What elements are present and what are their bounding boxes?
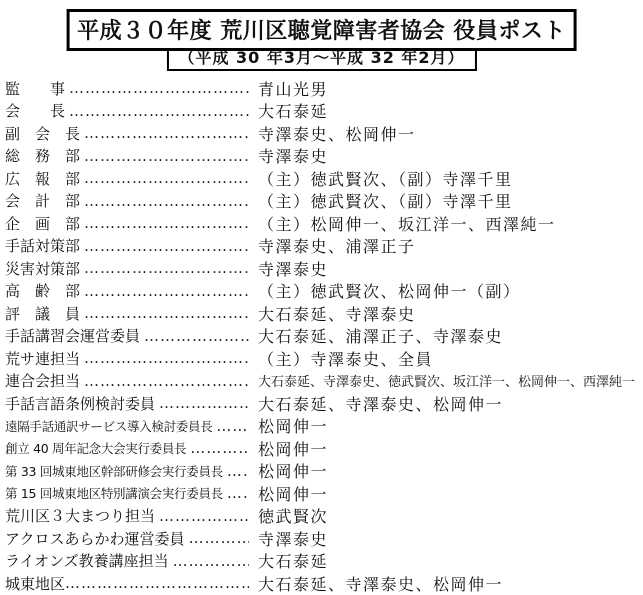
member-names: （主）徳武賢次、（副）寺澤千里 <box>249 167 513 190</box>
position-cell: 遠隔手話通訳サービス導入検討委員長 …………………………………………………………… <box>5 417 249 435</box>
member-names: 寺澤泰史、浦澤正子 <box>249 235 416 258</box>
position-label: 城東地区 <box>5 573 65 594</box>
dot-leader: …………………………………………………………………… <box>80 304 249 322</box>
position-cell: 高 齢 部 …………………………………………………………………… <box>5 280 249 301</box>
position-label: 手話言語条例検討委員 <box>5 393 155 414</box>
officer-row: アクロスあらかわ運営委員 …………………………………………………………………… … <box>5 527 641 550</box>
officer-row: 第 15 回城東地区特別講演会実行委員長 …………………………………………………… <box>5 482 641 505</box>
position-label: 第 33 回城東地区幹部研修会実行委員長 <box>5 462 223 480</box>
officer-row: 企 画 部 …………………………………………………………………… （主）松岡伸一… <box>5 212 641 235</box>
officer-row: ライオンズ教養講座担当 …………………………………………………………………… 大… <box>5 550 641 573</box>
officer-list: 監 事 …………………………………………………………………… 青山光男 会 長 … <box>5 77 641 595</box>
position-label: 荒川区３大まつり担当 <box>5 505 155 526</box>
position-cell: 災害対策部 …………………………………………………………………… <box>5 258 249 279</box>
position-label: ライオンズ教養講座担当 <box>5 550 169 571</box>
position-label: 企 画 部 <box>5 213 80 234</box>
position-cell: 荒川区３大まつり担当 …………………………………………………………………… <box>5 505 249 526</box>
member-names: （主）松岡伸一、坂江洋一、西澤純一 <box>249 212 556 235</box>
dot-leader: …………………………………………………………………… <box>80 192 249 210</box>
officer-row: 会 長 …………………………………………………………………… 大石泰延 <box>5 100 641 123</box>
position-cell: 監 事 …………………………………………………………………… <box>5 78 249 99</box>
officer-row: 会 計 部 …………………………………………………………………… （主）徳武賢次… <box>5 190 641 213</box>
dot-leader: …………………………………………………………………… <box>80 124 249 142</box>
officer-row: 災害対策部 …………………………………………………………………… 寺澤泰史 <box>5 257 641 280</box>
position-label: 連合会担当 <box>5 370 80 391</box>
officer-row: 手話言語条例検討委員 …………………………………………………………………… 大石… <box>5 392 641 415</box>
member-names: 大石泰延、寺澤泰史、徳武賢次、坂江洋一、松岡伸一、西澤純一 <box>249 371 635 390</box>
officer-row: 手話講習会運営委員 …………………………………………………………………… 大石泰… <box>5 325 641 348</box>
position-cell: 会 長 …………………………………………………………………… <box>5 100 249 121</box>
dot-leader: …………………………………………………………………… <box>80 214 249 232</box>
dot-leader: …………………………………………………………………… <box>65 574 249 592</box>
officer-row: 連合会担当 …………………………………………………………………… 大石泰延、寺澤… <box>5 370 641 393</box>
position-label: 第 15 回城東地区特別講演会実行委員長 <box>5 484 223 502</box>
dot-leader: …………………………………………………………………… <box>80 372 249 390</box>
dot-leader: …………………………………………………………………… <box>80 259 249 277</box>
member-names: 大石泰延、寺澤泰史、松岡伸一 <box>249 392 503 415</box>
member-names: （主）寺澤泰史、全員 <box>249 347 433 370</box>
position-label: 会 計 部 <box>5 190 80 211</box>
member-names: 松岡伸一 <box>249 415 328 438</box>
position-cell: 創立 40 周年記念大会実行委員長 …………………………………………………………… <box>5 439 249 457</box>
position-label: 災害対策部 <box>5 258 80 279</box>
member-names: 寺澤泰史 <box>249 145 328 168</box>
member-names: 松岡伸一 <box>249 437 328 460</box>
dot-leader: …………………………………………………………………… <box>155 394 249 412</box>
officer-row: 副 会 長 …………………………………………………………………… 寺澤泰史、松岡… <box>5 122 641 145</box>
position-cell: ライオンズ教養講座担当 …………………………………………………………………… <box>5 550 249 571</box>
position-cell: 第 33 回城東地区幹部研修会実行委員長 …………………………………………………… <box>5 462 249 480</box>
position-label: 広 報 部 <box>5 168 80 189</box>
position-cell: 評 議 員 …………………………………………………………………… <box>5 303 249 324</box>
position-cell: 総 務 部 …………………………………………………………………… <box>5 145 249 166</box>
officer-row: 監 事 …………………………………………………………………… 青山光男 <box>5 77 641 100</box>
dot-leader: …………………………………………………………………… <box>65 79 249 97</box>
member-names: 大石泰延 <box>249 100 328 123</box>
dot-leader: …………………………………………………………………… <box>80 147 249 165</box>
dot-leader: …………………………………………………………………… <box>223 462 249 480</box>
position-label: 遠隔手話通訳サービス導入検討委員長 <box>5 417 212 435</box>
position-cell: 会 計 部 …………………………………………………………………… <box>5 190 249 211</box>
member-names: 青山光男 <box>249 77 328 100</box>
officer-row: 創立 40 周年記念大会実行委員長 …………………………………………………………… <box>5 437 641 460</box>
position-cell: 企 画 部 …………………………………………………………………… <box>5 213 249 234</box>
dot-leader: …………………………………………………………………… <box>223 484 249 502</box>
member-names: 寺澤泰史 <box>249 527 328 550</box>
member-names: 大石泰延、浦澤正子、寺澤泰史 <box>249 325 503 348</box>
position-label: 荒サ連担当 <box>5 348 80 369</box>
position-cell: 第 15 回城東地区特別講演会実行委員長 …………………………………………………… <box>5 484 249 502</box>
member-names: 寺澤泰史 <box>249 257 328 280</box>
dot-leader: …………………………………………………………………… <box>155 507 249 525</box>
position-cell: 城東地区 …………………………………………………………………… <box>5 573 249 594</box>
position-label: 副 会 長 <box>5 123 80 144</box>
dot-leader: …………………………………………………………………… <box>140 327 249 345</box>
page-title: 平成３０年度 荒川区聴覚障害者協会 役員ポスト <box>66 9 577 51</box>
position-label: 高 齢 部 <box>5 280 80 301</box>
dot-leader: …………………………………………………………………… <box>80 169 249 187</box>
position-cell: アクロスあらかわ運営委員 …………………………………………………………………… <box>5 528 249 549</box>
position-cell: 荒サ連担当 …………………………………………………………………… <box>5 348 249 369</box>
officer-row: 荒サ連担当 …………………………………………………………………… （主）寺澤泰史… <box>5 347 641 370</box>
position-label: 手話講習会運営委員 <box>5 325 140 346</box>
officer-row: 遠隔手話通訳サービス導入検討委員長 …………………………………………………………… <box>5 415 641 438</box>
officer-row: 荒川区３大まつり担当 …………………………………………………………………… 徳武… <box>5 505 641 528</box>
member-names: 松岡伸一 <box>249 460 328 483</box>
dot-leader: …………………………………………………………………… <box>80 282 249 300</box>
officer-row: 高 齢 部 …………………………………………………………………… （主）徳武賢次… <box>5 280 641 303</box>
dot-leader: …………………………………………………………………… <box>80 349 249 367</box>
position-label: 総 務 部 <box>5 145 80 166</box>
dot-leader: …………………………………………………………………… <box>185 529 249 547</box>
officer-row: 第 33 回城東地区幹部研修会実行委員長 …………………………………………………… <box>5 460 641 483</box>
position-label: 創立 40 周年記念大会実行委員長 <box>5 439 186 457</box>
dot-leader: …………………………………………………………………… <box>65 102 249 120</box>
officer-row: 城東地区 …………………………………………………………………… 大石泰延、寺澤泰… <box>5 572 641 595</box>
position-label: 評 議 員 <box>5 303 80 324</box>
position-label: アクロスあらかわ運営委員 <box>5 528 185 549</box>
officer-row: 総 務 部 …………………………………………………………………… 寺澤泰史 <box>5 145 641 168</box>
member-names: 大石泰延、寺澤泰史、松岡伸一 <box>249 572 503 595</box>
dot-leader: …………………………………………………………………… <box>80 237 249 255</box>
dot-leader: …………………………………………………………………… <box>212 417 249 435</box>
member-names: （主）徳武賢次、松岡伸一（副） <box>249 280 521 303</box>
position-label: 監 事 <box>5 78 65 99</box>
position-label: 手話対策部 <box>5 235 80 256</box>
dot-leader: …………………………………………………………………… <box>186 439 249 457</box>
position-cell: 連合会担当 …………………………………………………………………… <box>5 370 249 391</box>
member-names: （主）徳武賢次、（副）寺澤千里 <box>249 190 513 213</box>
officer-row: 評 議 員 …………………………………………………………………… 大石泰延、寺澤… <box>5 302 641 325</box>
position-cell: 手話対策部 …………………………………………………………………… <box>5 235 249 256</box>
document-page: 平成３０年度 荒川区聴覚障害者協会 役員ポスト （平成 30 年3月～平成 32… <box>0 0 643 595</box>
position-cell: 副 会 長 …………………………………………………………………… <box>5 123 249 144</box>
position-cell: 手話講習会運営委員 …………………………………………………………………… <box>5 325 249 346</box>
member-names: 徳武賢次 <box>249 505 328 528</box>
dot-leader: …………………………………………………………………… <box>169 552 249 570</box>
member-names: 寺澤泰史、松岡伸一 <box>249 122 416 145</box>
member-names: 松岡伸一 <box>249 482 328 505</box>
position-cell: 広 報 部 …………………………………………………………………… <box>5 168 249 189</box>
member-names: 大石泰延 <box>249 550 328 573</box>
officer-row: 手話対策部 …………………………………………………………………… 寺澤泰史、浦澤… <box>5 235 641 258</box>
position-cell: 手話言語条例検討委員 …………………………………………………………………… <box>5 393 249 414</box>
member-names: 大石泰延、寺澤泰史 <box>249 302 416 325</box>
position-label: 会 長 <box>5 100 65 121</box>
officer-row: 広 報 部 …………………………………………………………………… （主）徳武賢次… <box>5 167 641 190</box>
